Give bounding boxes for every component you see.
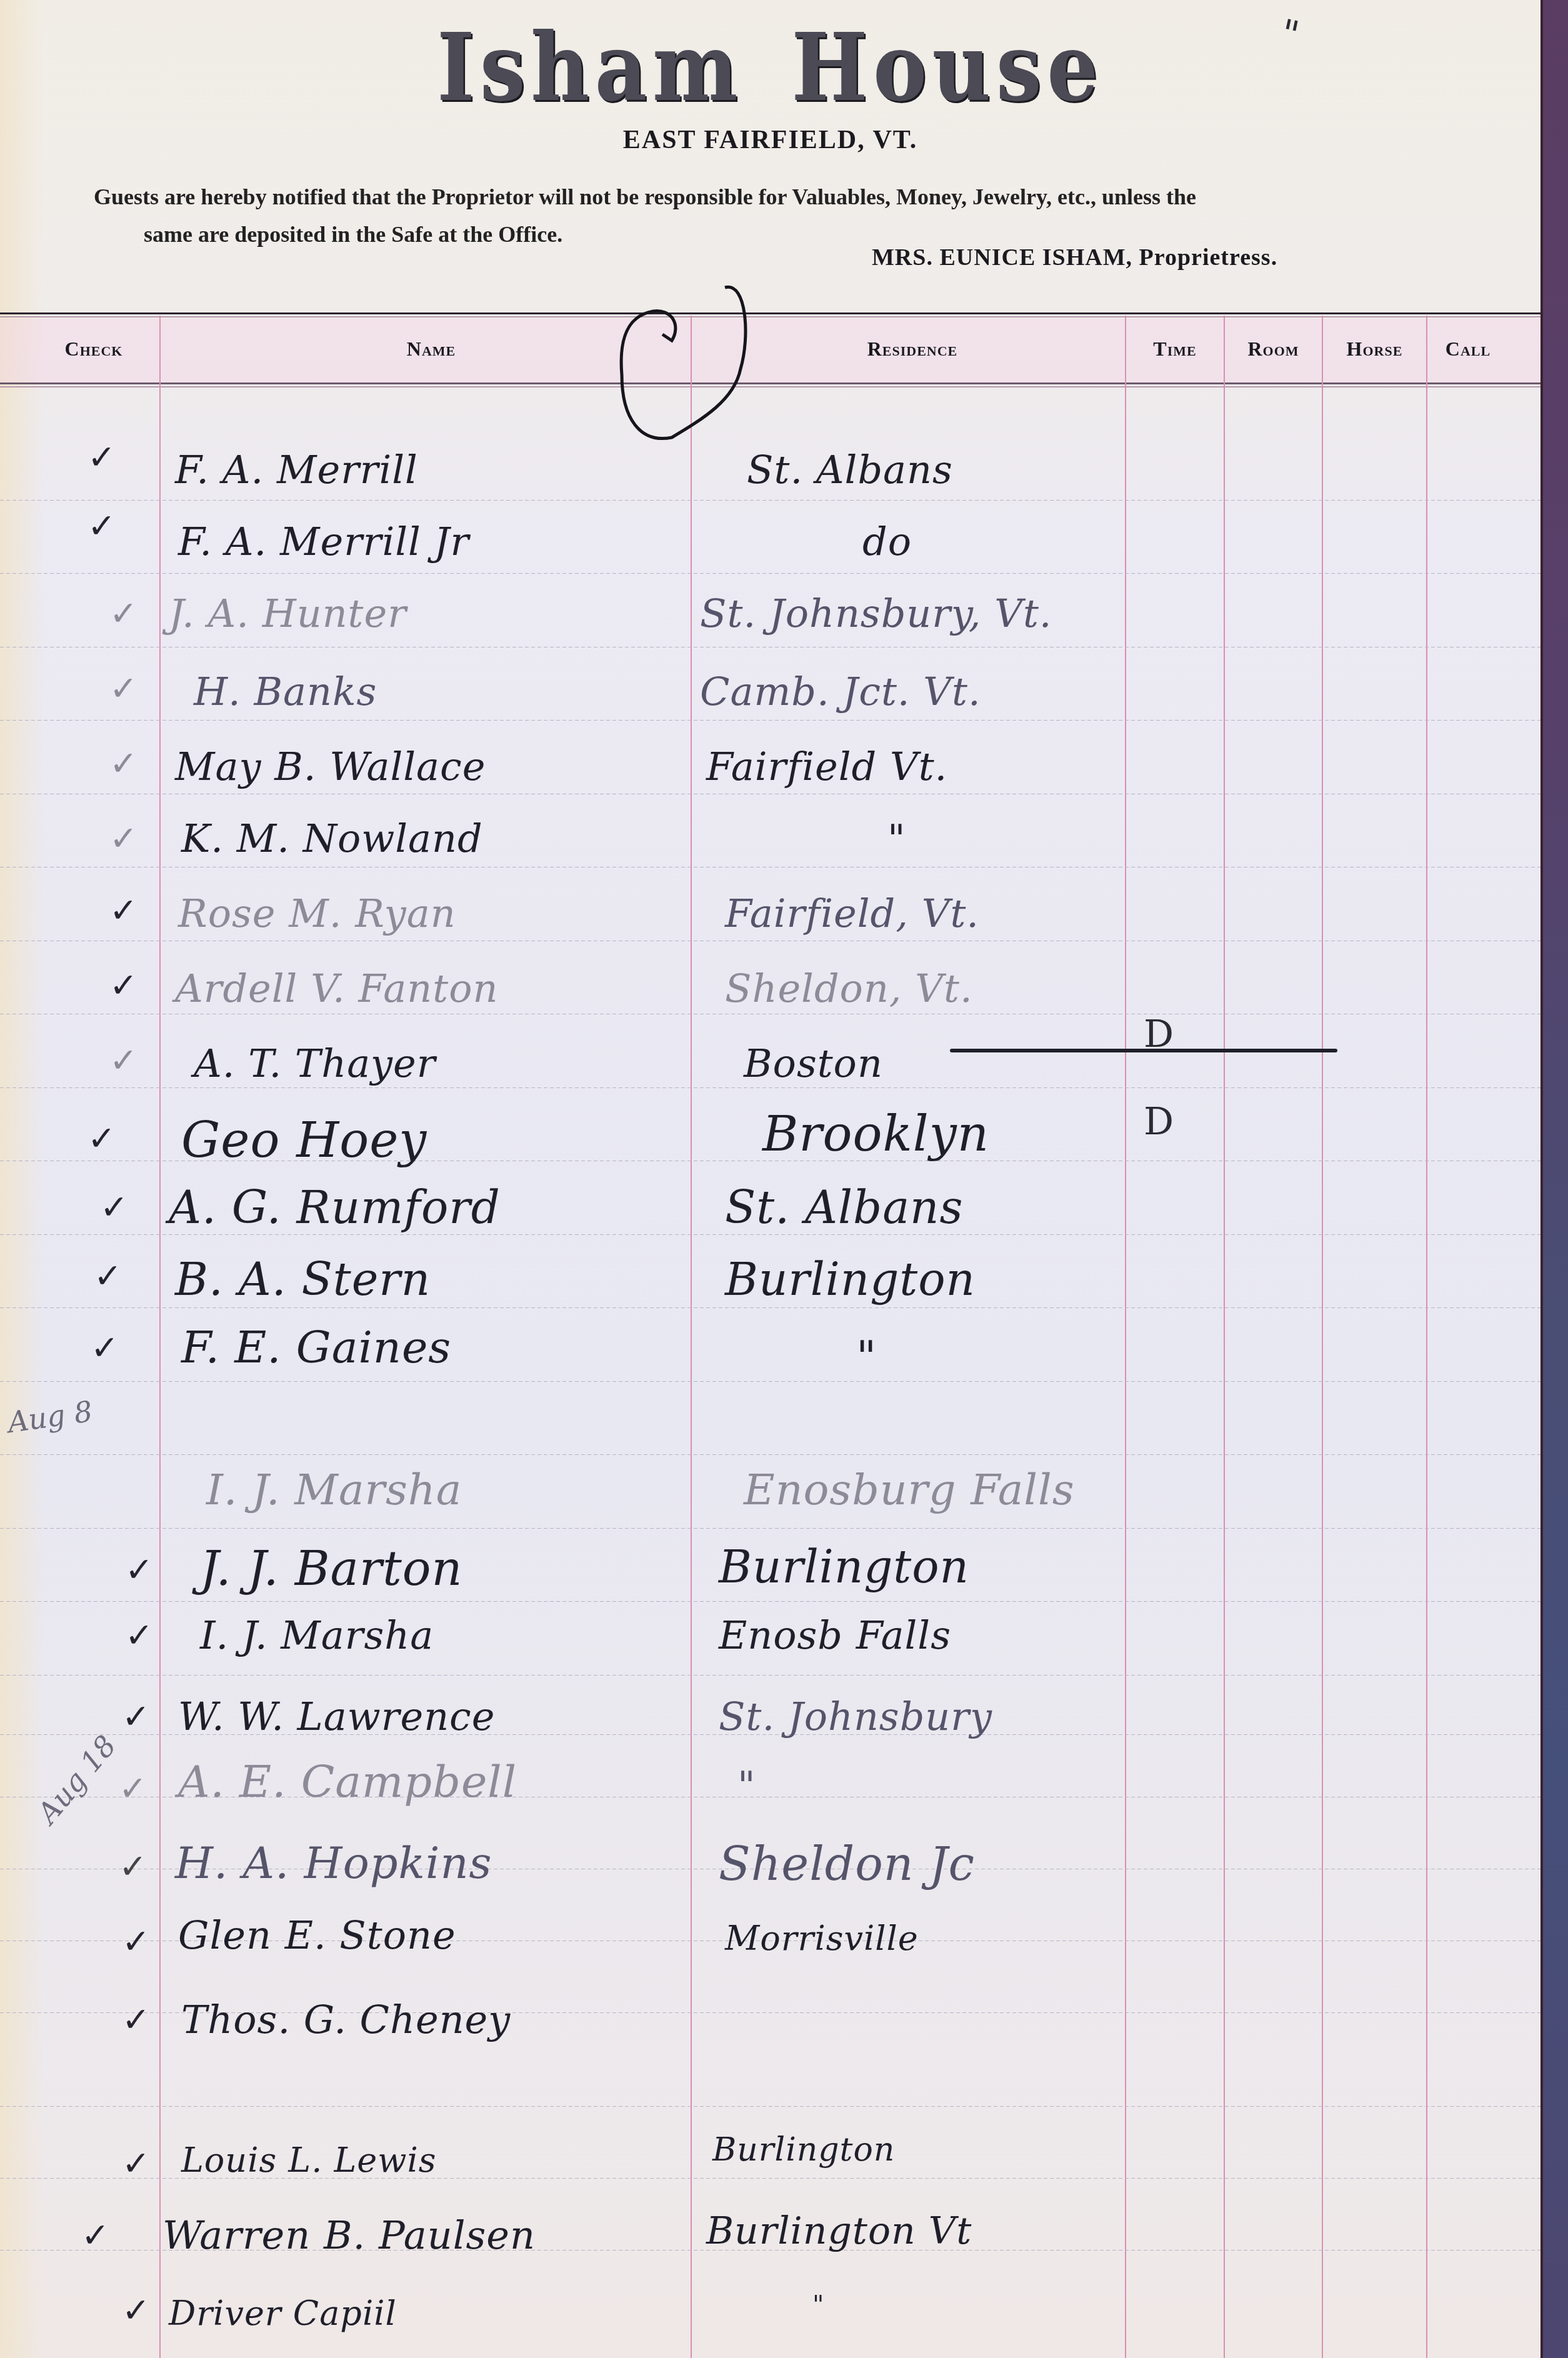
check-mark-icon: ✓ [87,506,116,546]
check-mark-icon: ✓ [122,2000,150,2039]
ruled-line [0,2106,1541,2107]
guest-residence: Enosb Falls [719,1612,951,1658]
column-divider-check-name [159,316,161,2358]
check-mark-icon: ✓ [94,1256,122,1296]
guest-residence: Burlington [712,2131,895,2169]
book-binding-edge [1541,0,1568,2358]
column-divider-residence-time [1125,316,1126,2358]
ruled-line [0,1675,1541,1676]
guest-residence: Morrisville [725,1919,919,1958]
guest-residence: St. Johnsbury, Vt. [700,591,1052,636]
guest-name: F. A. Merrill [175,447,418,492]
proprietress-line: MRS. EUNICE ISHAM, Proprietress. [872,244,1277,271]
column-divider-room-horse [1322,316,1323,2358]
column-header-time: Time [1128,337,1222,361]
check-mark-icon: ✓ [122,1697,150,1736]
check-mark-icon: ✓ [81,2216,109,2255]
guest-residence: " [887,816,906,861]
column-header-check: Check [37,337,150,361]
check-mark-icon: ✓ [109,669,137,708]
check-mark-icon: ✓ [109,594,137,633]
ruled-line [0,1087,1541,1088]
ruled-line [0,500,1541,501]
guest-name: H. A. Hopkins [175,1837,492,1889]
check-mark-icon: ✓ [122,1922,150,1961]
guest-residence: Sheldon, Vt. [725,966,973,1011]
pen-hook-mark [616,269,778,444]
guest-residence: Sheldon Jc [719,1837,975,1891]
column-header-room: Room [1225,337,1322,361]
check-mark-icon: ✓ [119,1847,147,1886]
guest-residence: " [856,1331,877,1382]
ruled-line [0,941,1541,941]
register-page: IshamHouse EAST FAIRFIELD, VT. Guests ar… [0,0,1541,2358]
guest-name: May B. Wallace [175,744,486,789]
guest-residence: " [812,2291,824,2319]
column-divider-time-room [1224,316,1225,2358]
check-mark-icon: ✓ [125,1616,153,1655]
guest-name: Driver Capiil [169,2294,397,2333]
title-word-isham: Isham [437,12,743,122]
column-header-call: Call [1427,337,1509,361]
ruled-line [0,1234,1541,1235]
check-mark-icon: ✓ [125,1550,153,1589]
ruled-line [0,573,1541,574]
hotel-title: IshamHouse [108,12,1433,122]
residence-annotation-d: D [1144,1100,1174,1144]
guest-name: H. Banks [194,669,377,714]
valuables-notice: Guests are hereby notified that the Prop… [94,178,1437,253]
column-header-residence: Residence [812,337,1012,361]
residence-annotation-d: D [1144,1012,1174,1056]
guest-residence: Enosburg Falls [744,1466,1075,1515]
guest-name: B. A. Stern [175,1253,431,1306]
guest-name: I. J. Marsha [206,1466,462,1515]
ruled-line [0,1381,1541,1382]
guest-name: Louis L. Lewis [181,2141,437,2180]
column-header-horse: Horse [1323,337,1426,361]
notice-line-1: Guests are hereby notified that the Prop… [94,184,1196,209]
guest-name: A. T. Thayer [194,1041,436,1086]
guest-residence: " [737,1762,756,1808]
guest-residence: do [862,519,912,564]
guest-name: A. E. Campbell [178,1756,517,1807]
check-mark-icon: ✓ [87,1119,116,1158]
guest-residence: Brooklyn [762,1106,989,1162]
column-divider-horse-call [1426,316,1427,2358]
column-header-name: Name [312,337,550,361]
check-mark-icon: ✓ [87,437,116,477]
title-word-house: House [791,12,1103,122]
check-mark-icon: ✓ [122,2144,150,2183]
ruled-line [0,794,1541,794]
ruled-line [0,1307,1541,1308]
guest-residence: St. Johnsbury [719,1694,992,1739]
guest-name: Thos. G. Cheney [181,1997,511,2042]
check-mark-icon: ✓ [109,819,137,858]
check-mark-icon: ✓ [100,1187,128,1227]
guest-residence: St. Albans [747,447,953,492]
guest-name: J. J. Barton [200,1541,463,1596]
ruled-line [0,1454,1541,1455]
check-mark-icon: ✓ [109,744,137,783]
guest-name: Ardell V. Fanton [175,966,498,1011]
guest-residence: Boston [744,1041,883,1086]
ruled-line [0,1528,1541,1529]
guest-name: F. A. Merrill Jr [178,519,469,564]
margin-note-aug-8: Aug 8 [6,1394,94,1439]
guest-residence: Camb. Jct. Vt. [700,669,981,714]
guest-residence: Burlington [719,1541,969,1593]
guest-residence: Burlington [725,1253,976,1306]
guest-residence: Fairfield Vt. [706,744,947,789]
check-mark-icon: ✓ [109,891,137,930]
guest-residence: Burlington Vt [706,2209,972,2253]
check-mark-icon: ✓ [119,1769,147,1808]
guest-residence: St. Albans [725,1181,963,1234]
guest-name: Geo Hoey [181,1112,427,1169]
ruled-line [0,720,1541,721]
guest-name: F. E. Gaines [181,1322,451,1373]
column-divider-name-residence [691,316,692,2358]
hotel-location: EAST FAIRFIELD, VT. [0,125,1541,155]
ruled-line [0,647,1541,647]
ruled-line [0,867,1541,867]
guest-name: A. G. Rumford [169,1181,501,1234]
guest-name: K. M. Nowland [181,816,483,861]
guest-name: Rose M. Ryan [178,891,456,936]
guest-name: W. W. Lawrence [178,1694,496,1739]
check-mark-icon: ✓ [109,966,137,1005]
ruled-line [0,1601,1541,1602]
check-mark-icon: ✓ [109,1041,137,1080]
ruled-line [0,1014,1541,1014]
guest-residence: Fairfield, Vt. [725,891,979,936]
check-mark-icon: ✓ [91,1328,119,1367]
guest-name: I. J. Marsha [200,1612,434,1658]
check-mark-icon: ✓ [122,2291,150,2330]
guest-name: Glen E. Stone [178,1912,456,1958]
margin-note-aug-18: Aug 18 [31,1729,123,1829]
guest-name: Warren B. Paulsen [162,2212,536,2258]
guest-name: J. A. Hunter [169,591,407,636]
